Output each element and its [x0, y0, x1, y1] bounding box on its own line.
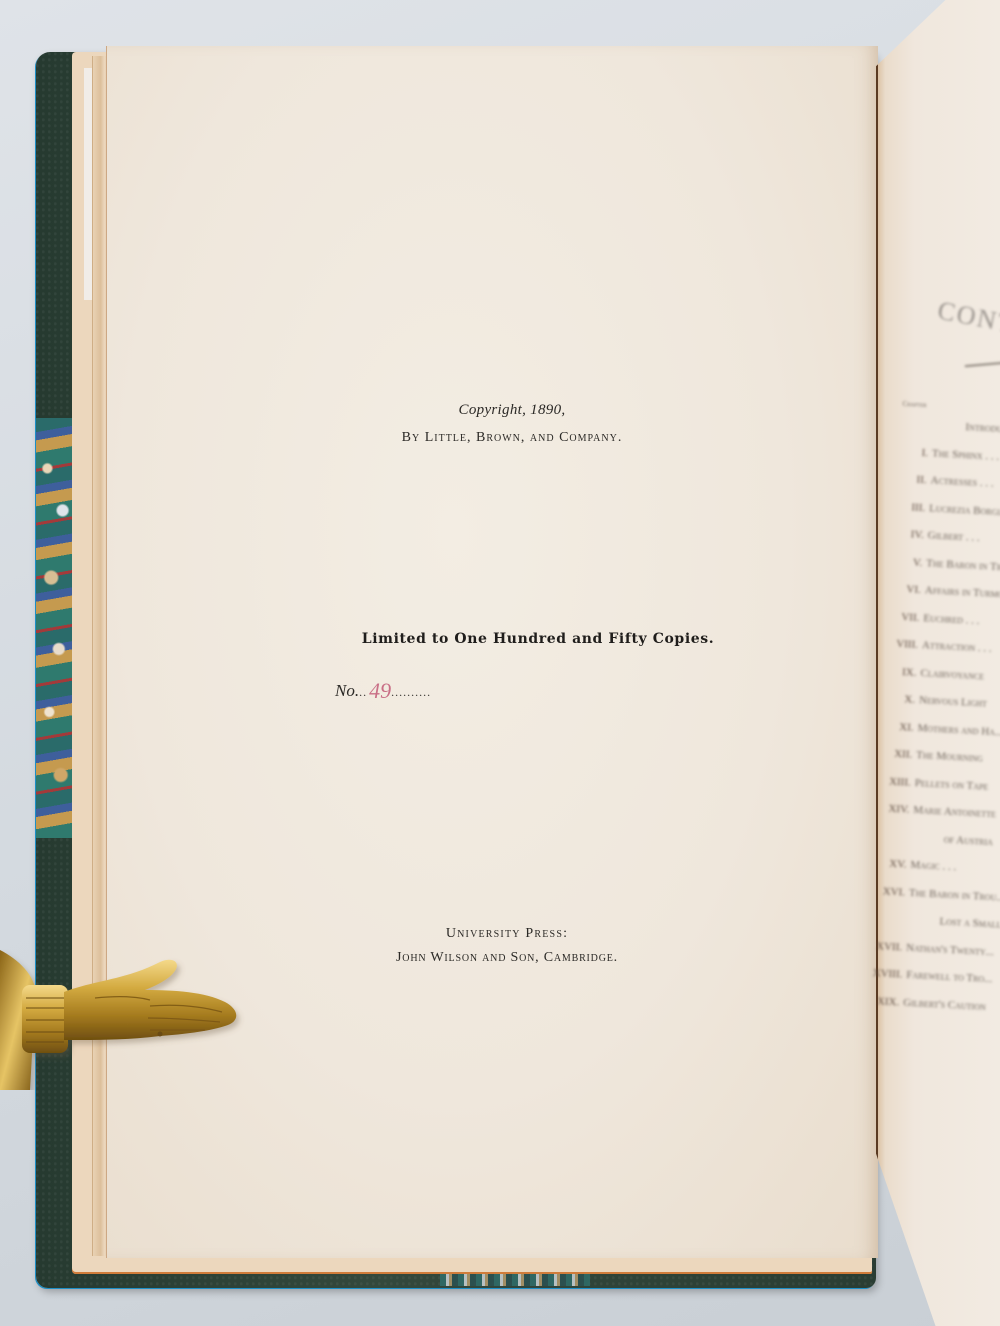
toc-entry-number: VI.	[893, 583, 922, 596]
press-name: University Press:	[337, 926, 677, 942]
toc-entry-title: Lost a Small...	[939, 916, 1000, 932]
copy-number-leader: ..	[359, 685, 367, 699]
toc-entry-title: The Baron in Trouble	[926, 557, 1000, 574]
toc-entry-title: The Mourning	[916, 749, 983, 764]
toc-entry-title: The Sphinx . . .	[932, 447, 1000, 463]
toc-entry-title: Pellets on Tape	[914, 777, 988, 793]
copy-number-handwritten: 49	[369, 678, 391, 703]
toc-entry-title: Nervous Light	[919, 694, 987, 710]
toc-entry-number: XV.	[878, 857, 907, 870]
toc-entry-number: XVII.	[874, 940, 903, 953]
toc-entry-title: Lucrezia Borgia . . .	[929, 502, 1000, 519]
marbled-spine-panel	[36, 418, 76, 838]
contents-rule	[965, 360, 1000, 367]
toc-entry-number: III.	[897, 500, 926, 513]
toc-entry-number: V.	[894, 555, 923, 568]
copy-number: No...49..........	[335, 676, 431, 702]
toc-entry-number: XII.	[884, 747, 913, 760]
brass-hand-bookmark-icon	[0, 940, 250, 1090]
copyright-line: Copyright, 1890,	[317, 402, 707, 419]
toc-entry-number: I.	[900, 445, 929, 458]
toc-entry-number: VII.	[891, 610, 920, 623]
toc-entry-number: XI.	[885, 720, 914, 733]
printer-line: John Wilson and Son, Cambridge.	[337, 950, 677, 966]
toc-entry-number: XIX.	[871, 995, 900, 1008]
toc-entry-number	[880, 839, 908, 840]
publisher-line: By Little, Brown, and Company.	[317, 430, 707, 446]
toc-entry-title: Affairs in Turmoil	[925, 584, 1000, 601]
toc-entry-title: Euchred . . .	[923, 612, 980, 627]
toc-entry-number: IV.	[895, 528, 924, 541]
toc-entry-title: Actresses . . .	[930, 474, 994, 489]
limitation-statement: Limited to One Hundred and Fifty Copies.	[353, 631, 723, 647]
toc-entry-number	[875, 921, 903, 922]
toc-entry-number: XVIII.	[872, 967, 902, 981]
toc-entry-title: Introductory . . .	[965, 421, 1000, 437]
toc-entry-title: Gilbert . . .	[927, 529, 980, 544]
toc-entry-number: XIV.	[881, 802, 910, 815]
copy-number-dots: ..........	[391, 685, 431, 699]
copy-number-label: No.	[335, 681, 359, 700]
toc-entry-number: X.	[887, 692, 916, 705]
toc-entry-number: IX.	[888, 665, 917, 678]
toc-entry-number: II.	[898, 473, 927, 486]
toc-entry-number: XVI.	[877, 885, 906, 898]
toc-entry-title: Attraction . . .	[922, 639, 992, 655]
toc-entry-title: of Austria	[944, 833, 994, 848]
toc-entry-number	[901, 427, 929, 428]
toc-entry-title: Clairvoyance	[920, 667, 984, 682]
toc-entry-number: VIII.	[890, 638, 919, 651]
toc-entry-title: Magic . . .	[910, 859, 956, 873]
contents-column-header: Chapter	[902, 400, 1000, 414]
toc-entry-number: XIII.	[882, 775, 911, 788]
